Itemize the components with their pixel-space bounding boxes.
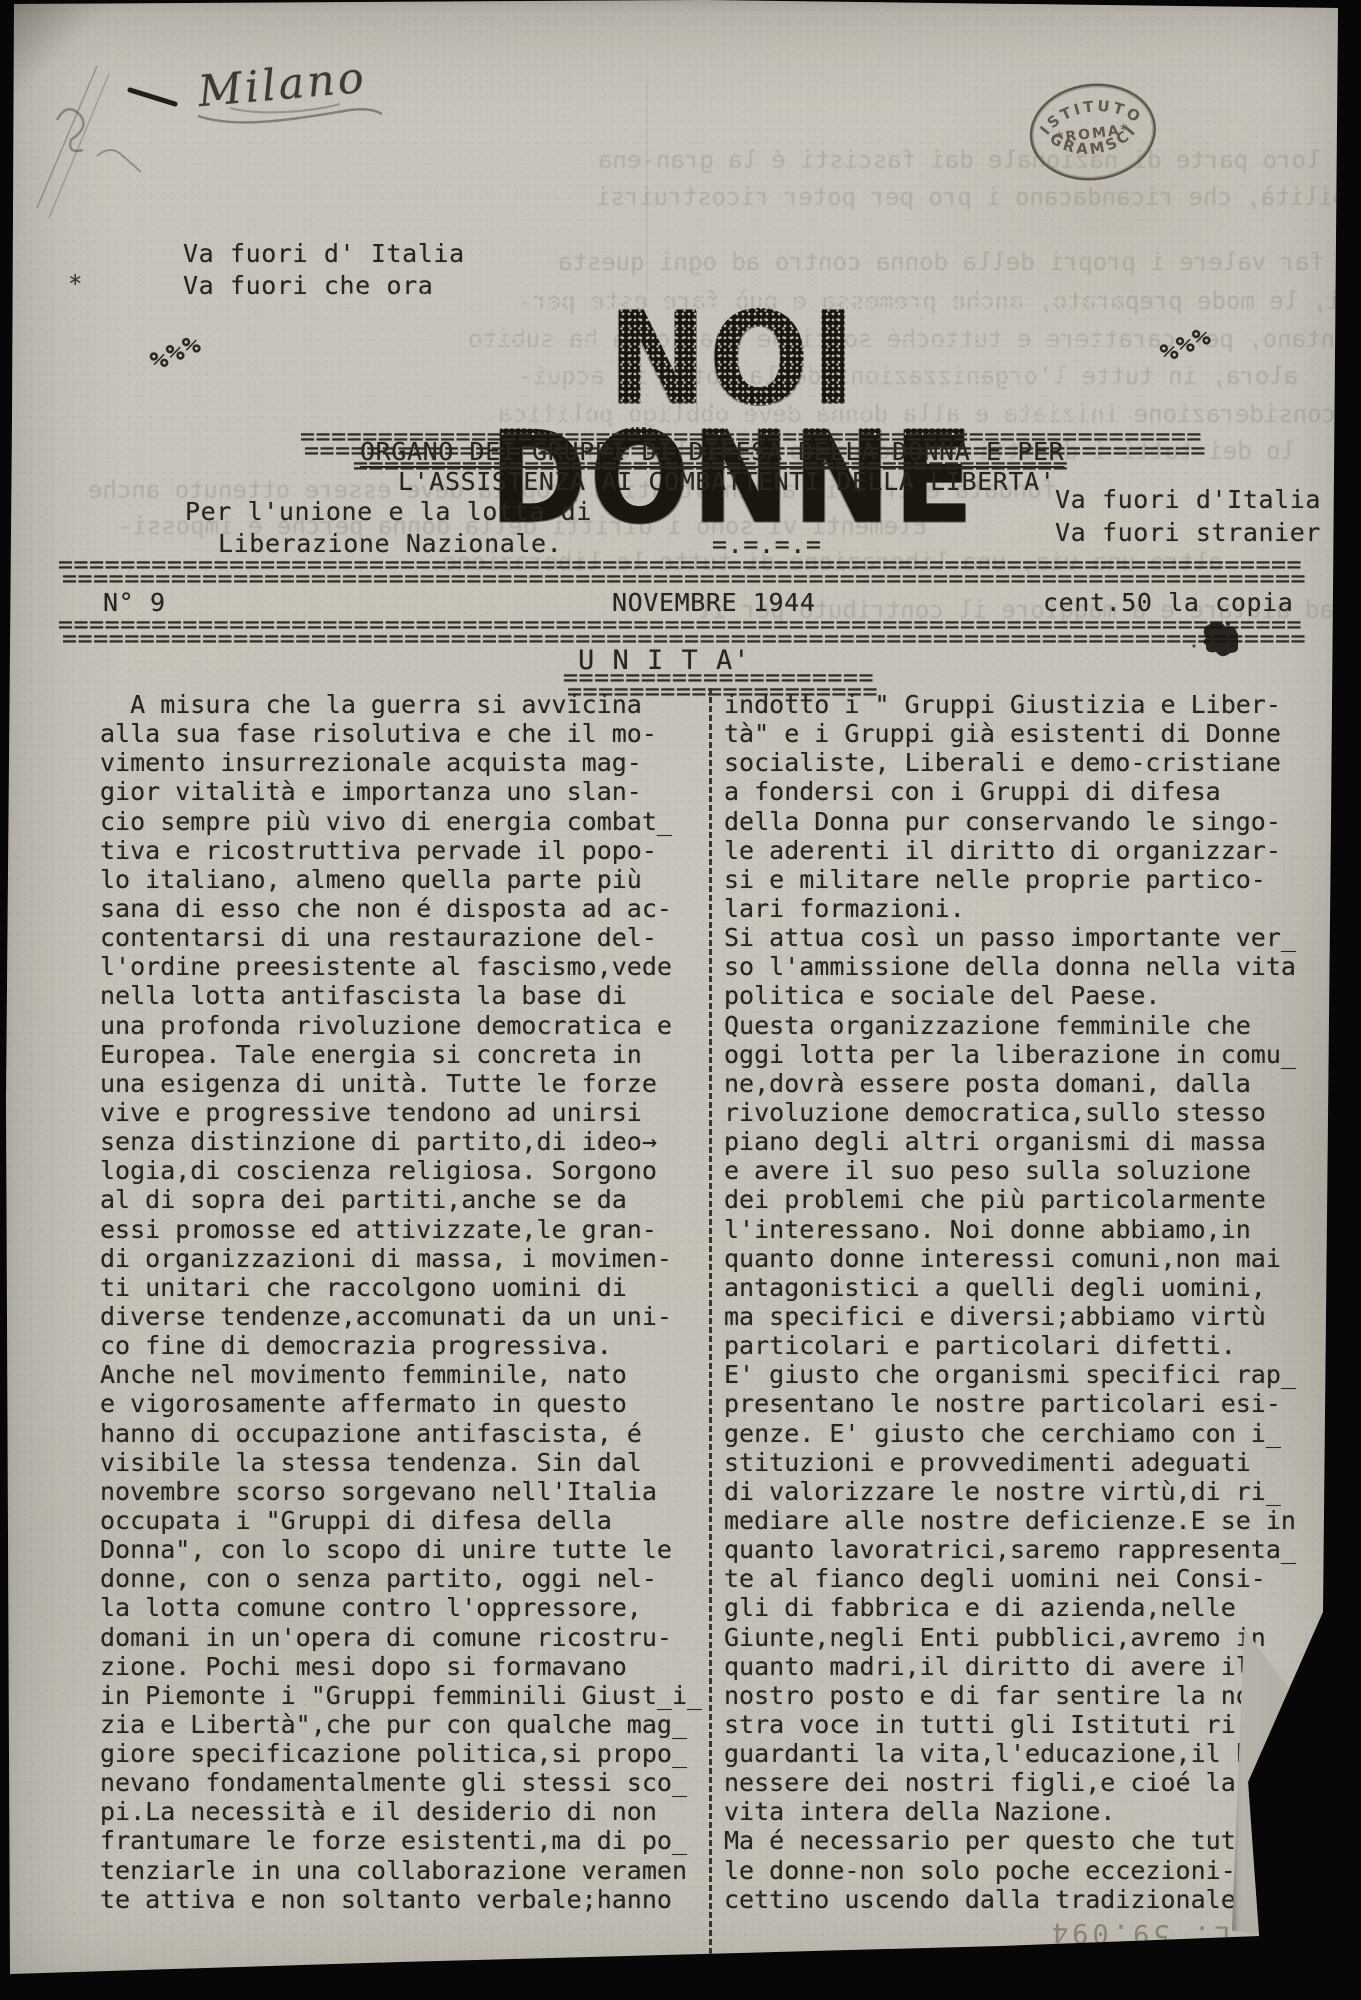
text-line: hanno di occupazione antifascista, é [100, 1419, 700, 1448]
top-slogan-line1: Va fuori d' Italia [183, 238, 465, 270]
text-line: essi promosse ed attivizzate,le gran- [100, 1215, 700, 1244]
newspaper-page: spatia o ripugnanza, la loro parte di na… [0, 0, 1361, 2000]
text-line: Anche nel movimento femminile, nato [100, 1360, 700, 1389]
text-line: cio sempre più vivo di energia combat̲ [100, 807, 700, 836]
text-line: genze. E' giusto che cerchiamo con i̲ [724, 1419, 1304, 1448]
text-line: e vigorosamente affermato in questo [100, 1389, 700, 1418]
text-line: particolari e particolari difetti. [724, 1331, 1304, 1360]
text-line: vive e progressive tendono ad unirsi [100, 1098, 700, 1127]
text-line: te al fianco degli uomini nei Consi- [724, 1564, 1304, 1593]
text-line: E' giusto che organismi specifici rap̲ [724, 1360, 1304, 1389]
masthead-rule-lower: ========================================… [58, 618, 1306, 645]
issue-number: N° 9 [103, 588, 166, 617]
text-line: politica e sociale del Paese. [724, 981, 1304, 1010]
article-column-right: indotto i " Gruppi Giustizia e Liber-tà"… [724, 690, 1304, 1914]
text-line: te attiva e non soltanto verbale;hanno [100, 1885, 700, 1914]
text-line: e avere il suo peso sulla soluzione [724, 1156, 1304, 1185]
text-line: giore specificazione politica,si propo̲ [100, 1739, 700, 1768]
text-line: contentarsi di una restaurazione del- [100, 923, 700, 952]
text-line: di organizzazioni di massa, i movimen- [100, 1244, 700, 1273]
text-line: quanto madri,il diritto di avere il [724, 1652, 1304, 1681]
text-line: vita intera della Nazione. [724, 1797, 1304, 1826]
text-line: gli di fabbrica e di azienda,nelle [724, 1593, 1304, 1622]
text-line: sana di esso che non é disposta ad ac- [100, 894, 700, 923]
text-line: stra voce in tutti gli Istituti ri- [724, 1710, 1304, 1739]
ink-blot [1188, 616, 1238, 660]
text-line: Ma é necessario per questo che tutte [724, 1826, 1304, 1855]
text-line: le donne-non solo poche eccezioni-ac- [724, 1856, 1304, 1885]
text-line: mediare alle nostre deficienze.E se in [724, 1506, 1304, 1535]
text-line: co fine di democrazia progressiva. [100, 1331, 700, 1360]
text-line: nessere dei nostri figli,e cioé la [724, 1768, 1304, 1797]
top-slogan-line2: Va fuori che ora [183, 270, 465, 302]
text-line: tà" e i Gruppi già esistenti di Donne [724, 719, 1304, 748]
text-line: socialiste, Liberali e demo-cristiane [724, 748, 1304, 777]
text-line: spatia o ripugnanza, la loro parte di na… [598, 146, 1361, 174]
text-line: piano degli altri organismi di massa [724, 1127, 1304, 1156]
text-line: so l'ammissione della donna nella vita [724, 952, 1304, 981]
right-slogan-line1: Va fuori d'Italia [1055, 483, 1321, 516]
text-line: ma specifici e diversi;abbiamo virtù [724, 1302, 1304, 1331]
text-line: lari formazioni. [724, 894, 1304, 923]
text-line: donne, con o senza partito, oggi nel- [100, 1564, 700, 1593]
text-line: pi.La necessità e il desiderio di non [100, 1797, 700, 1826]
subtitle-line2: L'ASSISTENZA AI COMBATTENTI DELLA LIBERT… [398, 467, 1055, 496]
text-line: diverse tendenze,accomunati da un uni- [100, 1302, 700, 1331]
text-line: occupata i "Gruppi di difesa della [100, 1506, 700, 1535]
text-line: una profonda rivoluzione democratica e [100, 1011, 700, 1040]
right-slogan: Va fuori d'Italia Va fuori stranier [1055, 483, 1321, 549]
text-line: oggi lotta per la liberazione in comu̲ [724, 1040, 1304, 1069]
text-line: stituzioni e provvedimenti adeguati [724, 1448, 1304, 1477]
issue-price: cent.50 la copia [1043, 588, 1293, 617]
archive-stamp: ISTITUTO *ROMA* GRAMSCI [1001, 58, 1186, 208]
text-line: gior vitalità e importanza uno slan- [100, 777, 700, 806]
text-line: dei problemi che più particolarmente [724, 1185, 1304, 1214]
text-line: l'interessano. Noi donne abbiamo,in [724, 1215, 1304, 1244]
left-slogan-line1: Per l'unione e la lotta di [185, 497, 592, 526]
masthead-title-block: NOI DONNE [350, 299, 1115, 429]
text-line: nella lotta antifascista la base di [100, 981, 700, 1010]
margin-mark: * [68, 270, 82, 298]
text-line: vimento insurrezionale acquista mag- [100, 748, 700, 777]
text-line: presentano le nostre particolari esi- [724, 1389, 1304, 1418]
text-line: si e militare nelle proprie partico- [724, 865, 1304, 894]
text-line: ti unitari che raccolgono uomini di [100, 1273, 700, 1302]
text-line: rivoluzione democratica,sullo stesso [724, 1098, 1304, 1127]
title-flank-mark-left: %%% [146, 329, 207, 378]
text-line: una esigenza di unità. Tutte le forze [100, 1069, 700, 1098]
text-line: logia,di coscienza religiosa. Sorgono [100, 1156, 700, 1185]
text-line: tiva e ricostruttiva pervade il popo- [100, 836, 700, 865]
text-line: nevano fondamentalmente gli stessi sco̲ [100, 1768, 700, 1797]
text-line: senza distinzione di partito,di ideo→ [100, 1127, 700, 1156]
text-line: zione. Pochi mesi dopo si formavano [100, 1652, 700, 1681]
text-line: l'ordine preesistente al fascismo,vede [100, 952, 700, 981]
text-line: la lotta comune contro l'oppressore, [100, 1593, 700, 1622]
text-line: cettino uscendo dalla tradizionale [724, 1885, 1304, 1914]
column-divider [709, 688, 712, 1954]
text-line: di valorizzare le nostre virtù,di ri̲ [724, 1477, 1304, 1506]
text-line: zia e Libertà",che pur con qualche mag̲ [100, 1710, 700, 1739]
article-column-left: A misura che la guerra si avvicinaalla s… [100, 690, 700, 1914]
text-line: domani in un'opera di comune ricostru- [100, 1623, 700, 1652]
text-line: Europea. Tale energia si concreta in [100, 1040, 700, 1069]
photo-frame: spatia o ripugnanza, la loro parte di na… [0, 0, 1361, 2000]
text-line: quanto lavoratrici,saremo rappresenta̲ [724, 1535, 1304, 1564]
masthead-rule-upper: ========================================… [58, 558, 1306, 585]
text-line: antagonistici a quelli degli uomini, [724, 1273, 1304, 1302]
text-line: quanto donne interessi comuni,non mai [724, 1244, 1304, 1273]
text-line: le aderenti il diritto di organizzar- [724, 836, 1304, 865]
top-slogan: Va fuori d' Italia Va fuori che ora [183, 238, 465, 302]
left-slogan-line2: Liberazione Nazionale. [218, 529, 562, 558]
text-line: guardanti la vita,l'educazione,il be- [724, 1739, 1304, 1768]
issue-date: NOVEMBRE 1944 [612, 588, 815, 617]
text-line: Si attua così un passo importante ver̲ [724, 923, 1304, 952]
text-line: della Donna pur conservando le singo- [724, 807, 1304, 836]
text-line: in Piemonte i "Gruppi femminili Giust̲i̲ [100, 1681, 700, 1710]
text-line: nostro posto e di far sentire la no- [724, 1681, 1304, 1710]
text-line: frantumare le forze esistenti,ma di po̲ [100, 1826, 700, 1855]
text-line: al di sopra dei partiti,anche se da [100, 1185, 700, 1214]
text-line: Giunte,negli Enti pubblici,avremo in [724, 1623, 1304, 1652]
text-line: per far valere i propri della donna cont… [558, 248, 1361, 276]
text-line: a fondersi con i Gruppi di difesa [724, 777, 1304, 806]
handwriting-flourish [190, 58, 390, 138]
text-line: tenziarle in una collaborazione veramen [100, 1856, 700, 1885]
text-line: Donna", con lo scopo di unire tutte le [100, 1535, 700, 1564]
text-line: ne,dovrà essere posta domani, dalla [724, 1069, 1304, 1098]
text-line: A misura che la guerra si avvicina [100, 690, 700, 719]
catalog-mark: L. 59.094 [1048, 1916, 1231, 1950]
center-divider-mark: =.=.=.= [712, 530, 822, 559]
text-line: novembre scorso sorgevano nell'Italia [100, 1477, 700, 1506]
text-line: lo italiano, almeno quella parte più [100, 865, 700, 894]
text-line: visibile la stessa tendenza. Sin dal [100, 1448, 700, 1477]
text-line: raparabilità, che ricandacano i pro per … [596, 183, 1361, 211]
text-line: Questa organizzazione femminile che [724, 1011, 1304, 1040]
right-slogan-line2: Va fuori stranier [1055, 516, 1321, 549]
text-line: alla sua fase risolutiva e che il mo- [100, 719, 700, 748]
text-line: indotto i " Gruppi Giustizia e Liber- [724, 690, 1304, 719]
